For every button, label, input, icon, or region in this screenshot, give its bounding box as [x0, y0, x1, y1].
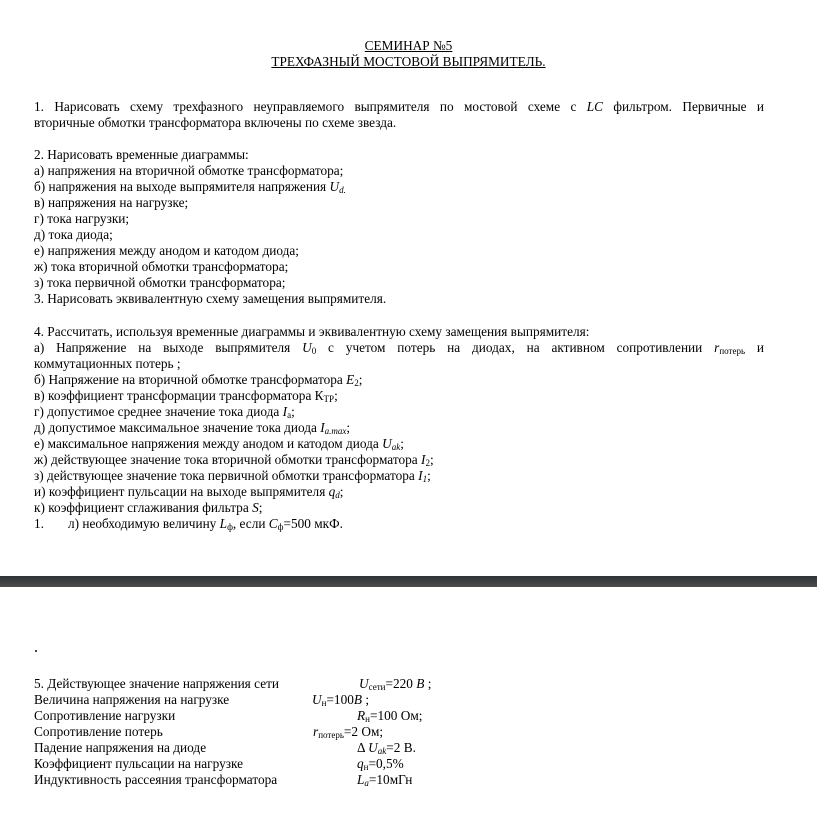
symbol: U: [359, 676, 369, 691]
text: е) максимальное напряжения между анодом …: [34, 436, 382, 451]
text: а) Напряжение на выходе выпрямителя: [34, 340, 302, 355]
subscript: ak: [378, 746, 387, 756]
subscript: d: [335, 490, 340, 500]
text: г) допустимое среднее значение тока диод…: [34, 404, 283, 419]
lc-symbol: LC: [587, 99, 603, 114]
text: л) необходимую величину: [68, 516, 220, 531]
param-label: Индуктивность рассеяния трансформатора: [34, 772, 277, 788]
task4-item-d: д) допустимое максимальное значение тока…: [34, 420, 350, 436]
task2-item-d: д) тока диода;: [34, 227, 113, 243]
task2-heading: 2. Нарисовать временные диаграммы:: [34, 147, 249, 163]
symbol: L: [220, 516, 227, 531]
subscript: потерь: [318, 730, 344, 740]
task3: 3. Нарисовать эквивалентную схему замеще…: [34, 291, 386, 307]
task2-item-v: в) напряжения на нагрузке;: [34, 195, 188, 211]
value: =2 Ом;: [344, 724, 383, 739]
symbol: U: [302, 340, 312, 355]
task4-item-e: е) максимальное напряжения между анодом …: [34, 436, 404, 452]
subscript: ТР: [324, 394, 335, 404]
symbol: q: [357, 756, 364, 771]
param-label: Падение напряжения на диоде: [34, 740, 206, 756]
symbol: U: [330, 179, 340, 194]
value: =100: [326, 692, 353, 707]
task4-item-b: б) Напряжение на вторичной обмотке транс…: [34, 372, 362, 388]
value: =2 В.: [386, 740, 416, 755]
text: , если: [233, 516, 269, 531]
task4-item-a: а) Напряжение на выходе выпрямителя U0 с…: [34, 340, 764, 356]
text: в) коэффициент трансформации трансформат…: [34, 388, 324, 403]
param-value: rпотерь=2 Ом;: [313, 724, 383, 740]
tail: ;: [362, 692, 369, 707]
task2-item-e: е) напряжения между анодом и катодом дио…: [34, 243, 299, 259]
delta-prefix: Δ: [357, 740, 368, 755]
task1-line1: 1. Нарисовать схему трехфазного неуправл…: [34, 99, 764, 115]
subscript: сети: [369, 682, 386, 692]
text: с учетом потерь на диодах, на активном с…: [316, 340, 714, 355]
text: б) Напряжение на вторичной обмотке транс…: [34, 372, 346, 387]
task4-item-g: г) допустимое среднее значение тока диод…: [34, 404, 295, 420]
text: д) допустимое максимальное значение тока…: [34, 420, 320, 435]
symbol: U: [368, 740, 378, 755]
param-value: Uн=100В ;: [312, 692, 369, 708]
param-value: Rн=100 Ом;: [357, 708, 422, 724]
value: =10мГн: [369, 772, 413, 787]
document-title: ТРЕХФАЗНЫЙ МОСТОВОЙ ВЫПРЯМИТЕЛЬ.: [0, 54, 817, 70]
param-label: Сопротивление нагрузки: [34, 708, 175, 724]
value: =220: [385, 676, 416, 691]
task4-heading: 4. Рассчитать, используя временные диагр…: [34, 324, 589, 340]
task2-item-zh: ж) тока вторичной обмотки трансформатора…: [34, 259, 288, 275]
task4-item-zh: ж) действующее значение тока вторичной о…: [34, 452, 434, 468]
text: з) действующее значение тока первичной о…: [34, 468, 418, 483]
task4-item-i: и) коэффициент пульсации на выходе выпря…: [34, 484, 344, 500]
param-label: Величина напряжения на нагрузке: [34, 692, 229, 708]
subscript: d.: [339, 185, 346, 195]
subscript: потерь: [719, 346, 745, 356]
param-value: La=10мГн: [357, 772, 412, 788]
task1-line2: вторичные обмотки трансформатора включен…: [34, 115, 396, 131]
text: ж) действующее значение тока вторичной о…: [34, 452, 421, 467]
task2-item-a: а) напряжения на вторичной обмотке транс…: [34, 163, 343, 179]
subscript: 1: [423, 474, 428, 484]
task4-item-v: в) коэффициент трансформации трансформат…: [34, 388, 338, 404]
text: и: [745, 340, 764, 355]
subscript: a.max: [325, 426, 347, 436]
task2-item-z: з) тока первичной обмотки трансформатора…: [34, 275, 285, 291]
subscript: 2: [425, 458, 430, 468]
list-number: 1.: [34, 516, 44, 531]
text: =500 мкФ.: [283, 516, 342, 531]
task4-item-z: з) действующее значение тока первичной о…: [34, 468, 431, 484]
subscript: a: [287, 410, 291, 420]
task4-item-l: 1.л) необходимую величину Lф, если Cф=50…: [34, 516, 343, 532]
text: к) коэффициент сглаживания фильтра: [34, 500, 252, 515]
text: фильтром. Первичные и: [603, 99, 764, 114]
subscript: ak: [392, 442, 401, 452]
text: и) коэффициент пульсации на выходе выпря…: [34, 484, 329, 499]
value: =100 Ом;: [370, 708, 422, 723]
symbol: R: [357, 708, 365, 723]
symbol: U: [382, 436, 392, 451]
param-label: Коэффициент пульсации на нагрузке: [34, 756, 243, 772]
value: =0,5%: [368, 756, 403, 771]
task4-item-k: к) коэффициент сглаживания фильтра S;: [34, 500, 262, 516]
symbol: U: [312, 692, 322, 707]
param-label: Сопротивление потерь: [34, 724, 163, 740]
text: 1. Нарисовать схему трехфазного неуправл…: [34, 99, 587, 114]
param-label: 5. Действующее значение напряжения сети: [34, 676, 279, 692]
tail: ;: [424, 676, 431, 691]
task2-item-b: б) напряжения на выходе выпрямителя напр…: [34, 179, 346, 195]
seminar-title: СЕМИНАР №5: [0, 38, 817, 54]
task2-item-g: г) тока нагрузки;: [34, 211, 129, 227]
subscript: 2: [354, 378, 359, 388]
unit: В: [354, 692, 362, 707]
symbol: S: [252, 500, 259, 515]
symbol: C: [269, 516, 278, 531]
task4-item-a-cont: коммутационных потерь ;: [34, 356, 181, 372]
page-separator: [0, 576, 817, 587]
param-value: qн=0,5%: [357, 756, 404, 772]
param-value: Δ Uak=2 В.: [357, 740, 416, 756]
param-value: Uсети=220 В ;: [359, 676, 431, 692]
text: б) напряжения на выходе выпрямителя напр…: [34, 179, 330, 194]
stray-mark: [35, 650, 37, 652]
